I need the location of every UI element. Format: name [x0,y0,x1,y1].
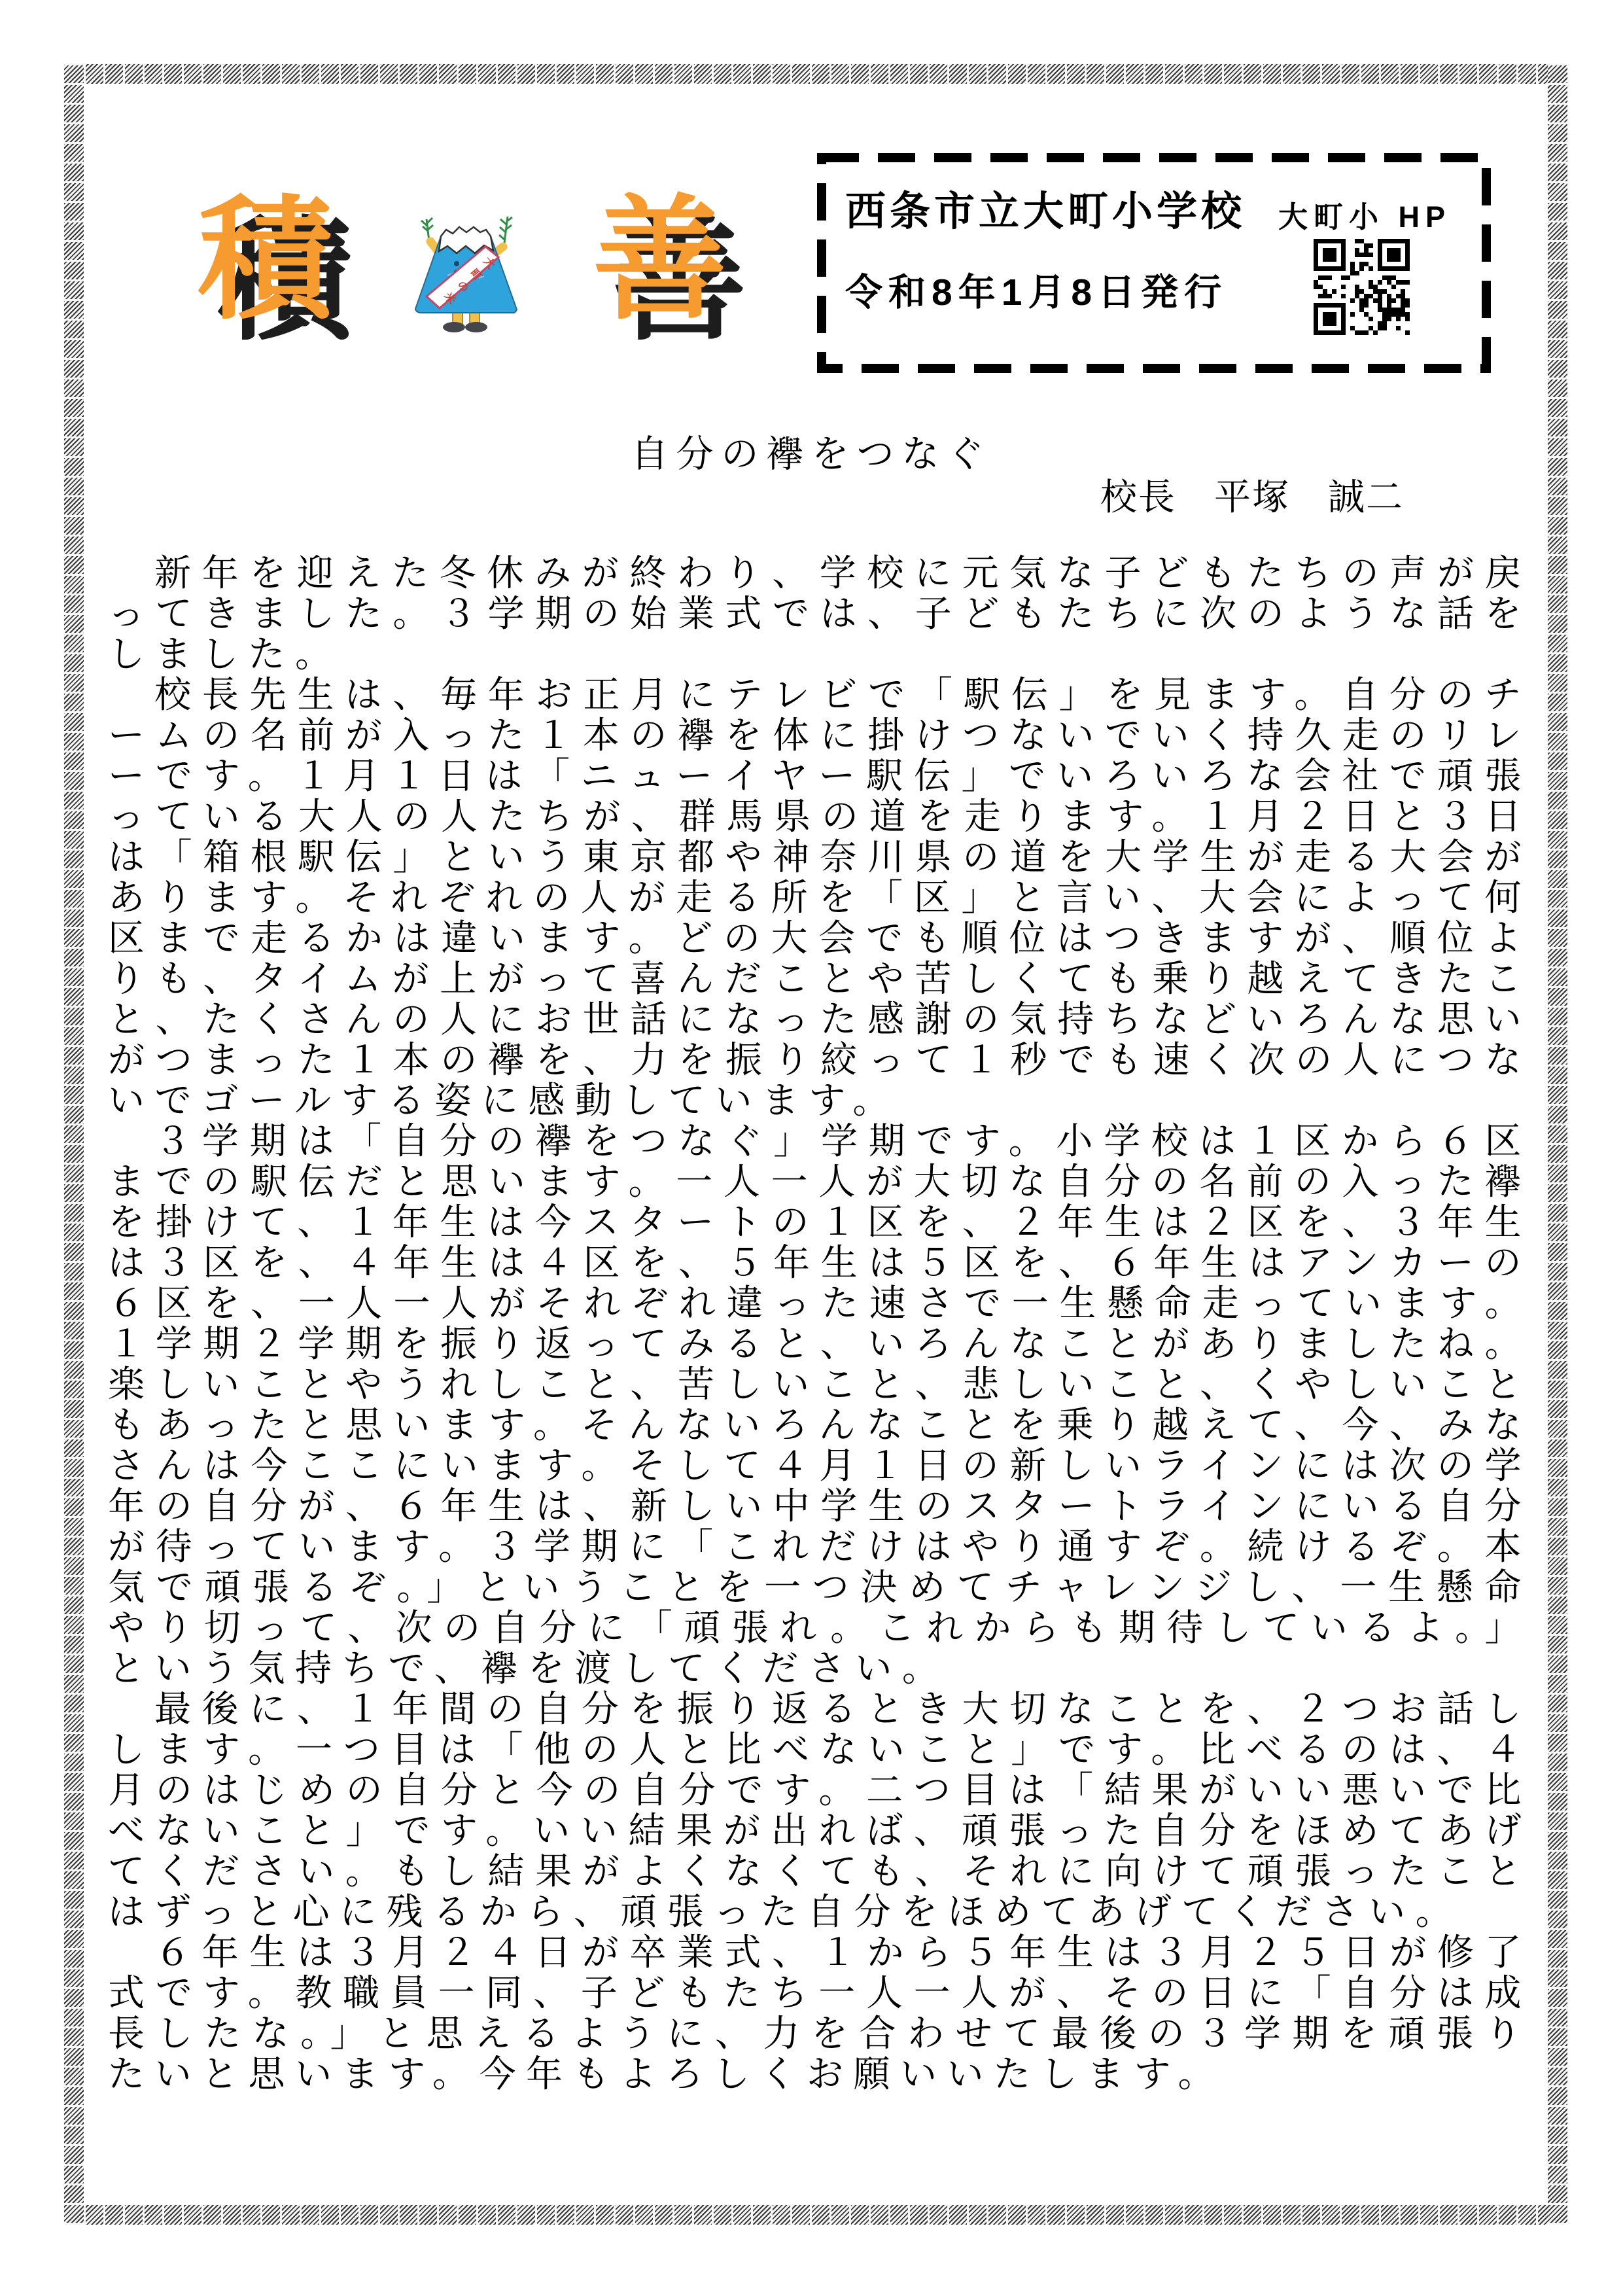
body-paragraph: 校長先生は、毎年お正月にテレビで「駅伝」を見ます。自分のチームの名前が入った１本… [108,675,1531,1122]
qr-code [1314,239,1410,335]
newsletter-page: 積 大 町 の 米 [0,0,1623,2296]
article-body: 新年を迎えた冬休みが終わり、学校に元気な子どもたちの声が戻ってきました。３学期の… [108,554,1531,2095]
body-paragraph: ６年生は３月２４日が卒業式、１から５年生は３月２５日が修了式です。教職員一同、子… [108,1933,1531,2095]
masthead-title-right: 善 [593,193,727,327]
mascot-eye [454,261,459,266]
issue-date: 令和8年1月8日発行 [845,262,1227,316]
mascot-shoe [443,322,465,332]
body-paragraph: 最後に、１年間の自分を振り返るとき大切なことを、２つお話しします。一つ目は「他の… [108,1689,1531,1933]
homepage-label: 大町小 HP [1278,193,1451,236]
body-paragraph: ３学期は「自分の襷をつなぐ」学期です。小学校は１区から６区までの駅伝だと思います… [108,1122,1531,1689]
body-paragraph: 新年を迎えた冬休みが終わり、学校に元気な子どもたちの声が戻ってきました。３学期の… [108,554,1531,675]
school-name: 西条市立大町小学校 [845,179,1246,237]
mascot-shoe [465,322,487,332]
decorative-border-left [64,64,84,2225]
mountain-mascot-icon: 大 町 の 米 [400,209,531,335]
school-info-box: 西条市立大町小学校 大町小 HP 令和8年1月8日発行 [816,152,1492,374]
decorative-border-bottom [64,2205,1567,2225]
decorative-border-right [1548,64,1567,2225]
decorative-border-top [64,64,1567,84]
article-byline: 校長 平塚 誠二 [1100,468,1404,521]
masthead-title-left: 積 [198,193,332,327]
